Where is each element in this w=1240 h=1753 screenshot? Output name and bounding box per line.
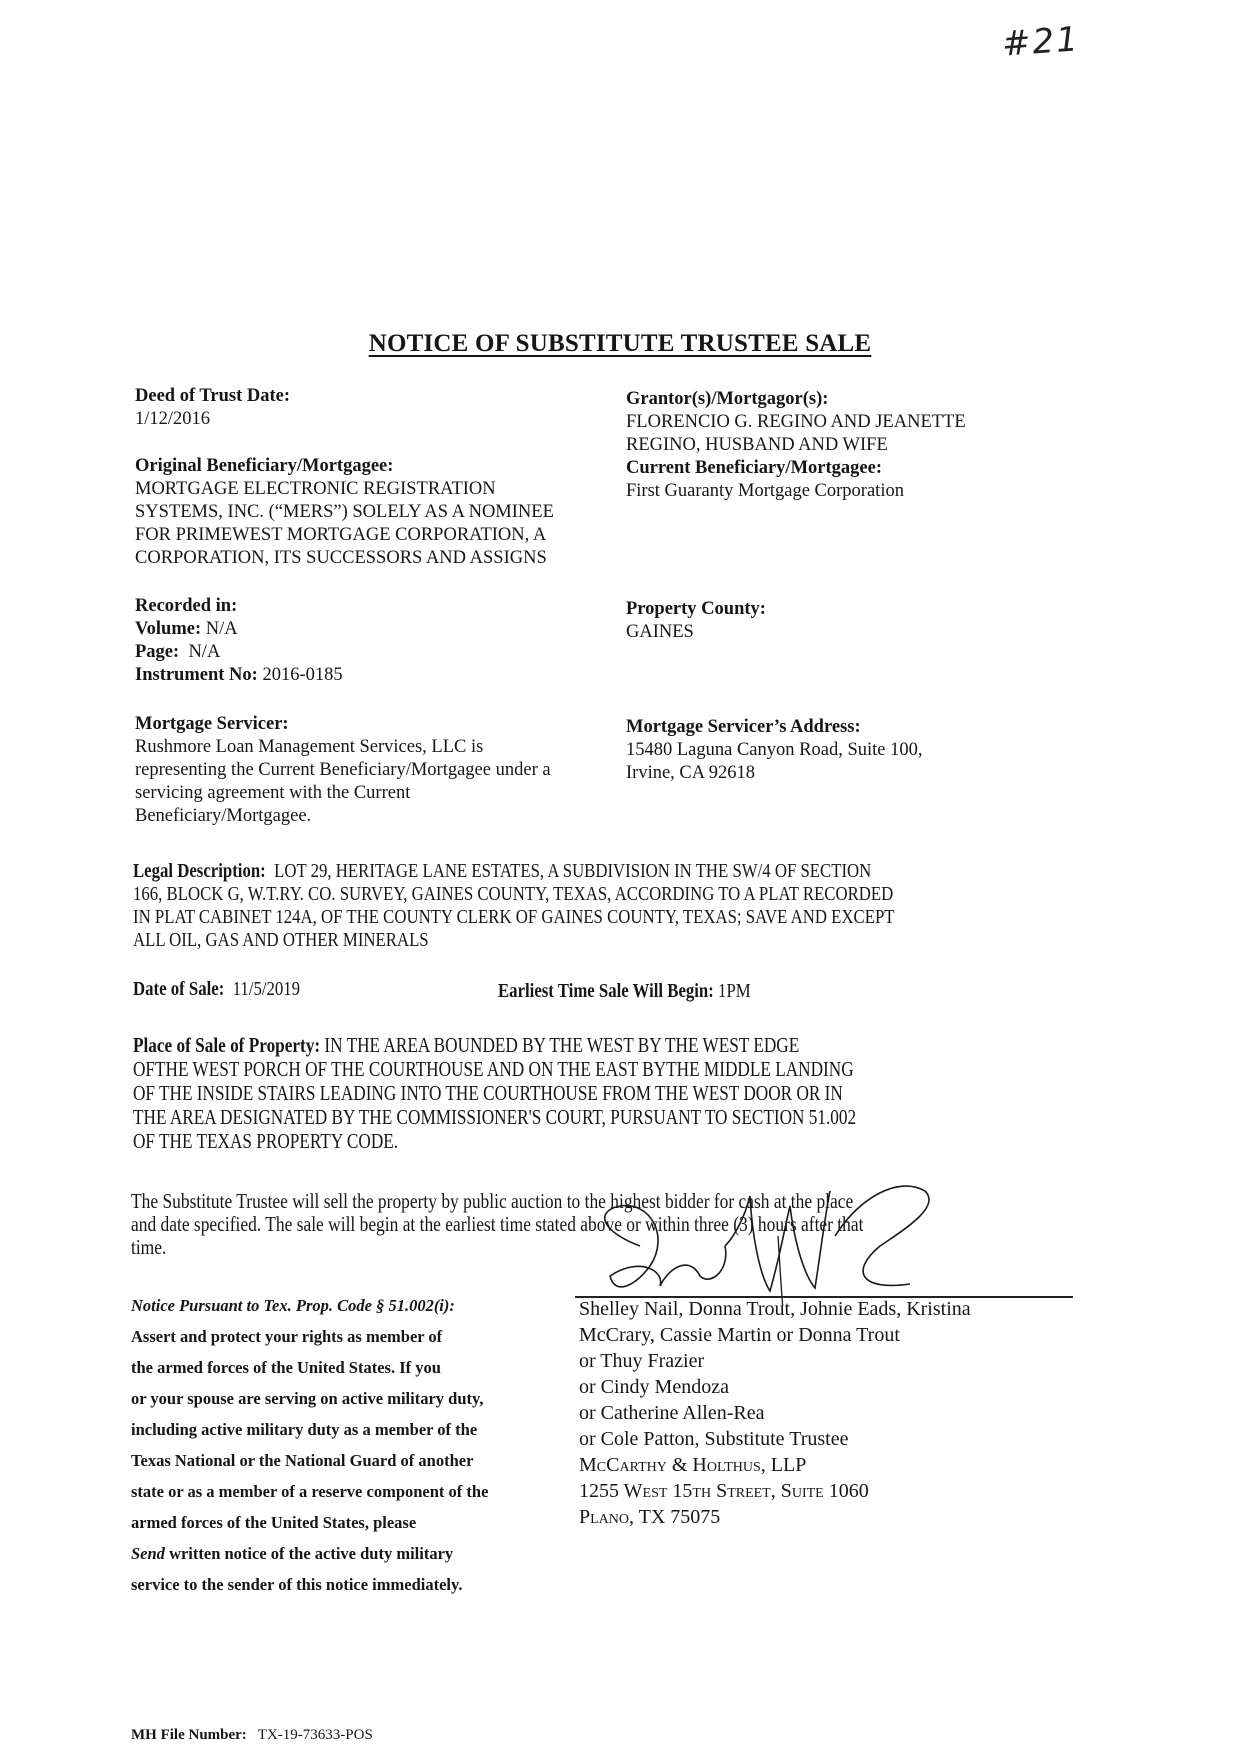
law-firm-name: McCarthy & Holthus, LLP: [579, 1452, 971, 1478]
property-county: Property County: GAINES: [626, 598, 766, 644]
legal-description-line: IN PLAT CABINET 124A, OF THE COUNTY CLER…: [133, 906, 895, 929]
military-notice: Notice Pursuant to Tex. Prop. Code § 51.…: [131, 1290, 488, 1600]
mortgage-servicer-line: representing the Current Beneficiary/Mor…: [135, 759, 551, 782]
military-notice-line: Texas National or the National Guard of …: [131, 1445, 488, 1476]
earliest-time: Earliest Time Sale Will Begin: 1PM: [498, 980, 792, 1003]
trustee-line: or Cindy Mendoza: [579, 1374, 971, 1400]
recorded-in-label: Recorded in:: [135, 595, 343, 618]
deed-of-trust-date: Deed of Trust Date: 1/12/2016: [135, 385, 290, 431]
servicer-address-label: Mortgage Servicer’s Address:: [626, 716, 922, 739]
page-row: Page: N/A: [135, 641, 343, 664]
military-notice-send-word: Send: [131, 1544, 165, 1563]
military-notice-line: including active military duty as a memb…: [131, 1414, 488, 1445]
original-beneficiary-line: FOR PRIMEWEST MORTGAGE CORPORATION, A: [135, 524, 554, 547]
property-county-label: Property County:: [626, 598, 766, 621]
trustee-signature: [580, 1176, 1000, 1306]
legal-description: Legal Description: LOT 29, HERITAGE LANE…: [133, 860, 1019, 952]
military-notice-line: or your spouse are serving on active mil…: [131, 1383, 488, 1414]
grantors: Grantor(s)/Mortgagor(s): FLORENCIO G. RE…: [626, 388, 966, 503]
place-of-sale-label: Place of Sale of Property:: [133, 1033, 320, 1057]
place-of-sale-line: IN THE AREA BOUNDED BY THE WEST BY THE W…: [324, 1033, 799, 1057]
grantors-line: REGINO, HUSBAND AND WIFE: [626, 434, 966, 457]
page-label: Page:: [135, 642, 179, 662]
file-number-label: MH File Number:: [131, 1727, 247, 1743]
mortgage-servicer: Mortgage Servicer: Rushmore Loan Managem…: [135, 713, 551, 828]
earliest-time-value: 1PM: [718, 981, 751, 1002]
servicer-address-line: 15480 Laguna Canyon Road, Suite 100,: [626, 739, 922, 762]
military-notice-line: state or as a member of a reserve compon…: [131, 1476, 488, 1507]
volume-value: N/A: [206, 619, 238, 639]
current-beneficiary-value: First Guaranty Mortgage Corporation: [626, 480, 966, 503]
trustee-line: McCrary, Cassie Martin or Donna Trout: [579, 1322, 971, 1348]
trustee-line: Shelley Nail, Donna Trout, Johnie Eads, …: [579, 1296, 971, 1322]
instrument-value: 2016-0185: [262, 665, 342, 685]
instrument-label: Instrument No:: [135, 665, 258, 685]
date-of-sale: Date of Sale: 11/5/2019: [133, 978, 327, 1001]
substitute-trustees: Shelley Nail, Donna Trout, Johnie Eads, …: [579, 1296, 971, 1530]
original-beneficiary-line: CORPORATION, ITS SUCCESSORS AND ASSIGNS: [135, 547, 554, 570]
property-county-value: GAINES: [626, 621, 766, 644]
mortgage-servicer-line: Rushmore Loan Management Services, LLC i…: [135, 736, 551, 759]
place-of-sale-line: OF THE INSIDE STAIRS LEADING INTO THE CO…: [133, 1081, 856, 1105]
original-beneficiary-line: SYSTEMS, INC. (“MERS”) SOLELY AS A NOMIN…: [135, 501, 554, 524]
place-of-sale-line: OF THE TEXAS PROPERTY CODE.: [133, 1129, 856, 1153]
document-title: NOTICE OF SUBSTITUTE TRUSTEE SALE: [0, 330, 1240, 358]
military-notice-heading: Notice Pursuant to Tex. Prop. Code § 51.…: [131, 1290, 488, 1321]
place-of-sale-line: THE AREA DESIGNATED BY THE COMMISSIONER'…: [133, 1105, 856, 1129]
document-page: #21 NOTICE OF SUBSTITUTE TRUSTEE SALE De…: [0, 0, 1240, 1753]
servicer-address: Mortgage Servicer’s Address: 15480 Lagun…: [626, 716, 922, 785]
current-beneficiary-label: Current Beneficiary/Mortgagee:: [626, 457, 966, 480]
earliest-time-label: Earliest Time Sale Will Begin:: [498, 981, 714, 1002]
volume-label: Volume:: [135, 619, 201, 639]
recorded-in: Recorded in: Volume: N/A Page: N/A Instr…: [135, 595, 343, 687]
date-of-sale-label: Date of Sale:: [133, 979, 224, 1000]
legal-description-label: Legal Description:: [133, 861, 266, 882]
law-firm-city: Plano, TX 75075: [579, 1504, 971, 1530]
volume-row: Volume: N/A: [135, 618, 343, 641]
military-notice-line: the armed forces of the United States. I…: [131, 1352, 488, 1383]
mortgage-servicer-line: Beneficiary/Mortgagee.: [135, 805, 551, 828]
trustee-line: or Thuy Frazier: [579, 1348, 971, 1374]
original-beneficiary-label: Original Beneficiary/Mortgagee:: [135, 455, 554, 478]
date-of-sale-value: 11/5/2019: [233, 979, 300, 1000]
file-number-value: TX-19-73633-POS: [258, 1727, 373, 1743]
trustee-line: or Catherine Allen-Rea: [579, 1400, 971, 1426]
deed-of-trust-date-value: 1/12/2016: [135, 408, 290, 431]
legal-description-line: LOT 29, HERITAGE LANE ESTATES, A SUBDIVI…: [274, 861, 871, 882]
legal-description-line: 166, BLOCK G, W.T.RY. CO. SURVEY, GAINES…: [133, 883, 895, 906]
grantors-line: FLORENCIO G. REGINO AND JEANETTE: [626, 411, 966, 434]
military-notice-line: Assert and protect your rights as member…: [131, 1321, 488, 1352]
handwritten-page-mark: #21: [1001, 19, 1081, 64]
trustee-line: or Cole Patton, Substitute Trustee: [579, 1426, 971, 1452]
instrument-row: Instrument No: 2016-0185: [135, 664, 343, 687]
page-value: N/A: [188, 642, 220, 662]
file-number: MH File Number: TX-19-73633-POS: [131, 1727, 373, 1744]
military-notice-line: service to the sender of this notice imm…: [131, 1569, 488, 1600]
legal-description-line: ALL OIL, GAS AND OTHER MINERALS: [133, 929, 895, 952]
grantors-label: Grantor(s)/Mortgagor(s):: [626, 388, 966, 411]
original-beneficiary-line: MORTGAGE ELECTRONIC REGISTRATION: [135, 478, 554, 501]
military-notice-line: armed forces of the United States, pleas…: [131, 1507, 488, 1538]
deed-of-trust-date-label: Deed of Trust Date:: [135, 385, 290, 408]
law-firm-address: 1255 West 15th Street, Suite 1060: [579, 1478, 971, 1504]
mortgage-servicer-label: Mortgage Servicer:: [135, 713, 551, 736]
military-notice-send-line: Send written notice of the active duty m…: [131, 1538, 488, 1569]
place-of-sale: Place of Sale of Property: IN THE AREA B…: [133, 1033, 1015, 1153]
mortgage-servicer-line: servicing agreement with the Current: [135, 782, 551, 805]
servicer-address-line: Irvine, CA 92618: [626, 762, 922, 785]
original-beneficiary: Original Beneficiary/Mortgagee: MORTGAGE…: [135, 455, 554, 570]
place-of-sale-line: OFTHE WEST PORCH OF THE COURTHOUSE AND O…: [133, 1057, 856, 1081]
military-notice-send-rest: written notice of the active duty milita…: [165, 1544, 453, 1563]
